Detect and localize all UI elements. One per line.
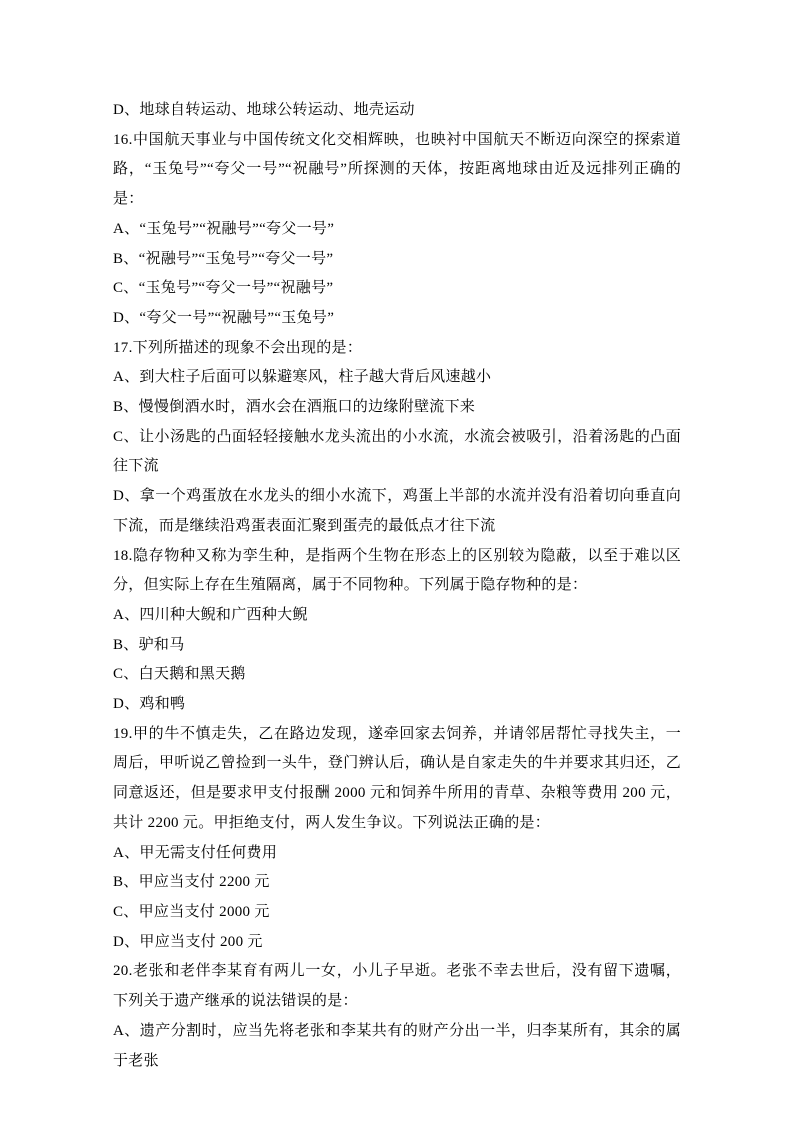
question-20-option-a: A、遗产分割时，应当先将老张和李某共有的财产分出一半，归李某所有，其余的属于老张: [113, 1017, 681, 1076]
question-18-option-a: A、四川种大鲵和广西种大鲵: [113, 601, 681, 631]
question-18-stem: 18.隐存物种又称为孪生种，是指两个生物在形态上的区别较为隐蔽，以至于难以区分，…: [113, 542, 681, 601]
question-17-option-c: C、让小汤匙的凸面轻轻接触水龙头流出的小水流，水流会被吸引，沿着汤匙的凸面往下流: [113, 423, 681, 482]
question-16-option-b: B、“祝融号”“玉兔号”“夸父一号”: [113, 245, 681, 275]
question-18: 18.隐存物种又称为孪生种，是指两个生物在形态上的区别较为隐蔽，以至于难以区分，…: [113, 542, 681, 720]
question-17-option-a: A、到大柱子后面可以躲避寒风，柱子越大背后风速越小: [113, 363, 681, 393]
question-19-option-d: D、甲应当支付 200 元: [113, 928, 681, 958]
question-18-option-b: B、驴和马: [113, 631, 681, 661]
question-16-option-d: D、“夸父一号”“祝融号”“玉兔号”: [113, 304, 681, 334]
question-16-option-c: C、“玉兔号”“夸父一号”“祝融号”: [113, 274, 681, 304]
question-20: 20.老张和老伴李某育有两儿一女，小儿子早逝。老张不幸去世后，没有留下遗嘱，下列…: [113, 957, 681, 1076]
question-17-option-b: B、慢慢倒酒水时，酒水会在酒瓶口的边缘附壁流下来: [113, 393, 681, 423]
question-17: 17.下列所描述的现象不会出现的是： A、到大柱子后面可以躲避寒风，柱子越大背后…: [113, 334, 681, 542]
question-15-option-d: D、地球自转运动、地球公转运动、地壳运动: [113, 96, 681, 126]
question-17-option-d: D、拿一个鸡蛋放在水龙头的细小水流下，鸡蛋上半部的水流并没有沿着切向垂直向下流，…: [113, 482, 681, 541]
question-20-stem: 20.老张和老伴李某育有两儿一女，小儿子早逝。老张不幸去世后，没有留下遗嘱，下列…: [113, 957, 681, 1016]
question-16: 16.中国航天事业与中国传统文化交相辉映，也映衬中国航天不断迈向深空的探索道路，…: [113, 126, 681, 334]
question-17-stem: 17.下列所描述的现象不会出现的是：: [113, 334, 681, 364]
question-16-stem: 16.中国航天事业与中国传统文化交相辉映，也映衬中国航天不断迈向深空的探索道路，…: [113, 126, 681, 215]
exam-content: D、地球自转运动、地球公转运动、地壳运动 16.中国航天事业与中国传统文化交相辉…: [113, 96, 681, 1076]
document-page: D、地球自转运动、地球公转运动、地壳运动 16.中国航天事业与中国传统文化交相辉…: [0, 0, 794, 1122]
question-19-stem: 19.甲的牛不慎走失，乙在路边发现，遂牵回家去饲养，并请邻居帮忙寻找失主，一周后…: [113, 720, 681, 839]
question-19: 19.甲的牛不慎走失，乙在路边发现，遂牵回家去饲养，并请邻居帮忙寻找失主，一周后…: [113, 720, 681, 958]
question-19-option-c: C、甲应当支付 2000 元: [113, 898, 681, 928]
question-18-option-d: D、鸡和鸭: [113, 690, 681, 720]
question-19-option-b: B、甲应当支付 2200 元: [113, 868, 681, 898]
question-18-option-c: C、白天鹅和黑天鹅: [113, 660, 681, 690]
question-16-option-a: A、“玉兔号”“祝融号”“夸父一号”: [113, 215, 681, 245]
question-19-option-a: A、甲无需支付任何费用: [113, 839, 681, 869]
